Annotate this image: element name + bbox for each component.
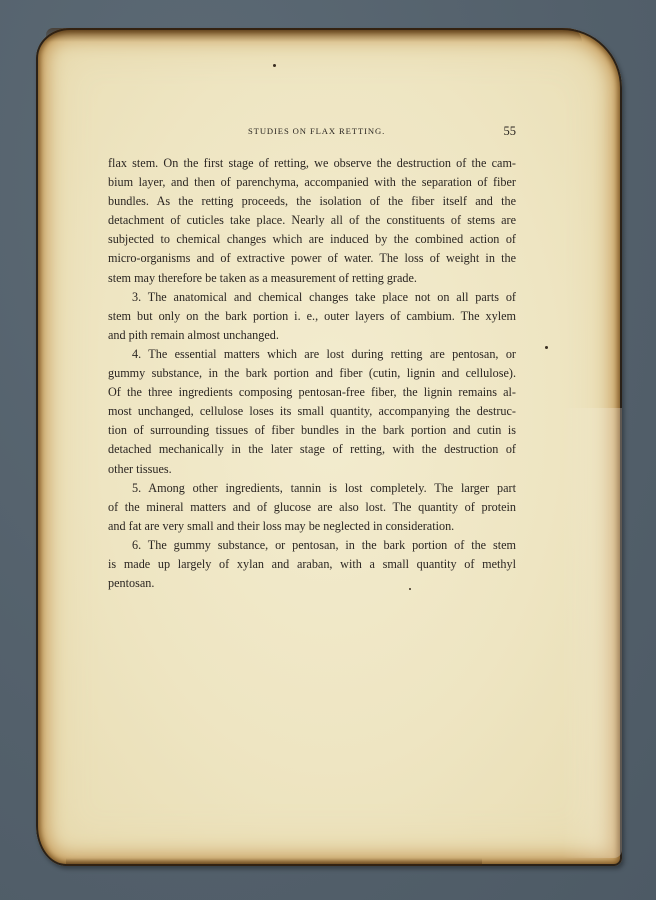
- paragraph-6: 6. The gummy substance, or pentosan, in …: [108, 536, 516, 593]
- body-text: flax stem. On the first stage of retting…: [108, 154, 516, 593]
- text-line: stem but only on the bark portion i. e.,…: [108, 307, 516, 326]
- text-line: and pith remain almost unchanged.: [108, 326, 516, 345]
- paragraph-4: 4. The essential matters which are lost …: [108, 345, 516, 479]
- text-line: tion of surrounding tissues of fiber bun…: [108, 421, 516, 440]
- running-header: STUDIES ON FLAX RETTING. 55: [108, 126, 516, 140]
- page-fold-shade: [562, 408, 622, 858]
- text-line: most unchanged, cellulose loses its smal…: [108, 402, 516, 421]
- ink-speck: [545, 346, 548, 349]
- text-line: detached mechanically in the later stage…: [108, 440, 516, 459]
- ink-speck: [273, 64, 276, 67]
- text-line: flax stem. On the first stage of retting…: [108, 154, 516, 173]
- text-line: bium layer, and then of parenchyma, acco…: [108, 173, 516, 192]
- text-line: 6. The gummy substance, or pentosan, in …: [108, 536, 516, 555]
- text-line: is made up largely of xylan and araban, …: [108, 555, 516, 574]
- text-line: gummy substance, in the bark portion and…: [108, 364, 516, 383]
- text-line: 3. The anatomical and chemical changes t…: [108, 288, 516, 307]
- text-line: detachment of cuticles take place. Nearl…: [108, 211, 516, 230]
- text-line: subjected to chemical changes which are …: [108, 230, 516, 249]
- burnt-top-edge: [46, 28, 582, 42]
- page-number: 55: [504, 124, 517, 139]
- text-line: micro-organisms and of extractive power …: [108, 249, 516, 268]
- paragraph-continuation: flax stem. On the first stage of retting…: [108, 154, 516, 288]
- text-line: 4. The essential matters which are lost …: [108, 345, 516, 364]
- text-line: bundles. As the retting proceeds, the is…: [108, 192, 516, 211]
- paragraph-3: 3. The anatomical and chemical changes t…: [108, 288, 516, 345]
- text-line: of the mineral matters and of glucose ar…: [108, 498, 516, 517]
- text-line: 5. Among other ingredients, tannin is lo…: [108, 479, 516, 498]
- text-line: and fat are very small and their loss ma…: [108, 517, 516, 536]
- burnt-bottom-edge: [66, 858, 482, 866]
- text-line: Of the three ingredients composing pento…: [108, 383, 516, 402]
- text-line: pentosan.: [108, 574, 516, 593]
- text-line: stem may therefore be taken as a measure…: [108, 269, 516, 288]
- text-line: other tissues.: [108, 460, 516, 479]
- paragraph-5: 5. Among other ingredients, tannin is lo…: [108, 479, 516, 536]
- running-title: STUDIES ON FLAX RETTING.: [248, 126, 385, 136]
